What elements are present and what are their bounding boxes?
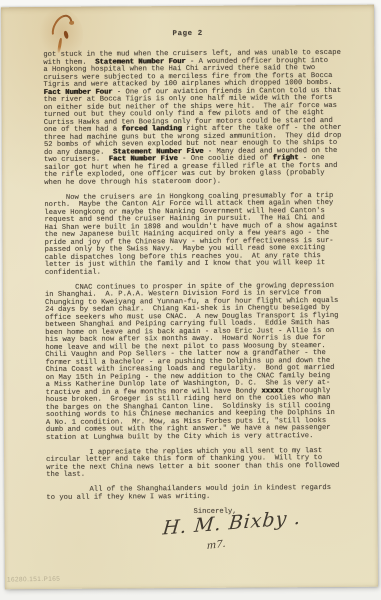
signature-initials-note: m7.: [207, 539, 226, 553]
page-number-header: Page 2: [1, 29, 374, 40]
letter-body: got stuck in the mud when the cruisers l…: [43, 50, 362, 517]
rust-stain-dot: [69, 21, 74, 25]
letter-paper: Page 2 got stuck in the mud when the cru…: [1, 5, 378, 590]
paragraph-cnac-news: CNAC continues to prosper in spite of th…: [45, 282, 362, 442]
scanned-letter-page: Page 2 got stuck in the mud when the cru…: [0, 0, 381, 600]
paragraph-thanks: I appreciate the replies which you all s…: [46, 447, 362, 479]
paragraph-cruiser-facts: got stuck in the mud when the cruisers l…: [43, 50, 360, 187]
paragraph-cruisers-in-hongkong: Now the cruisers are in Hongkong coaling…: [44, 192, 361, 277]
paragraph-regards: All of the Shanghailanders would join in…: [46, 485, 362, 502]
archive-accession-number: 16280.151.P165: [7, 576, 60, 584]
